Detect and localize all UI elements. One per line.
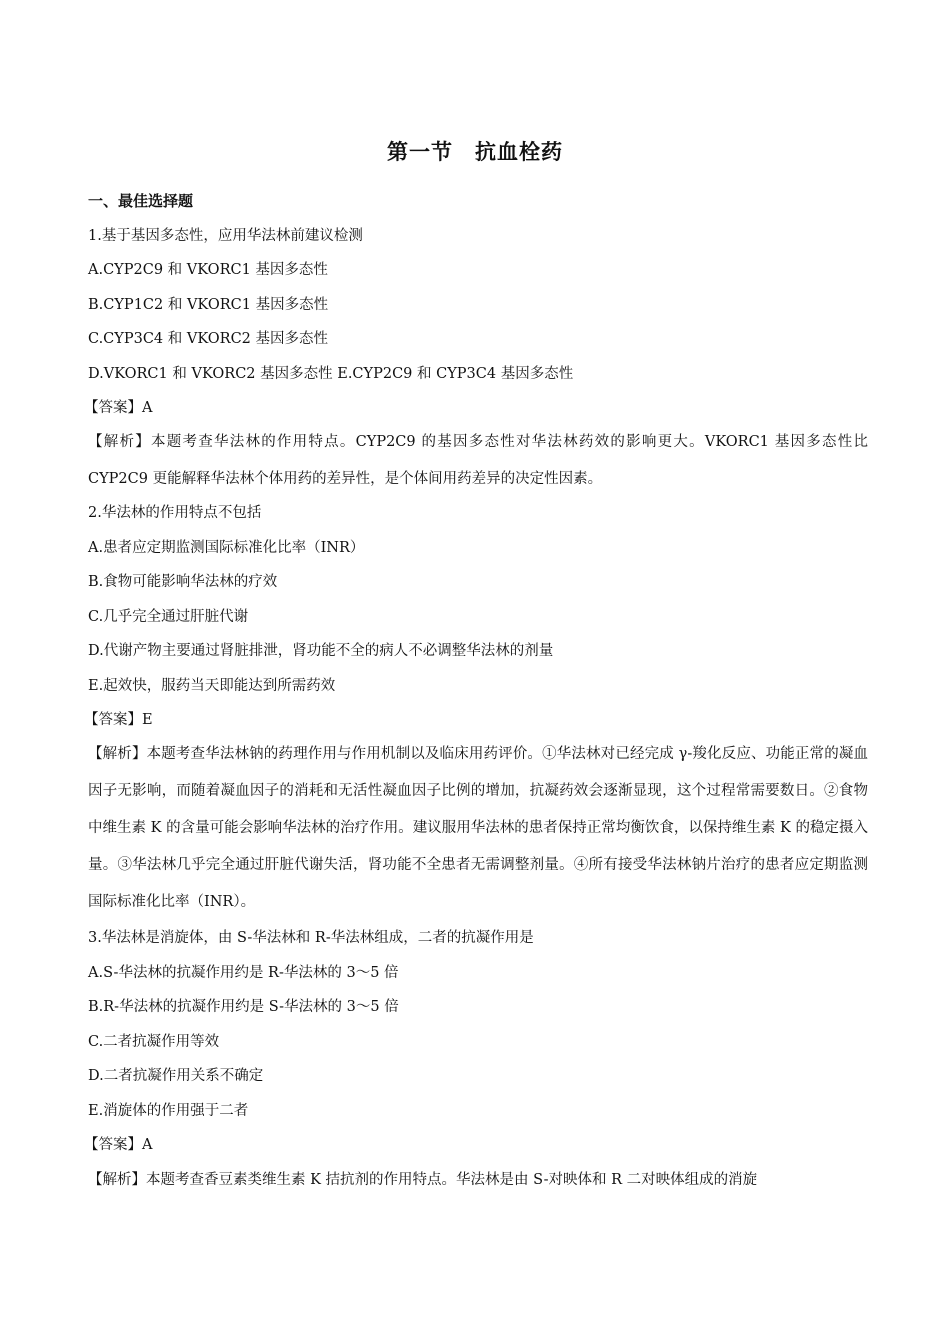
question-2-option-d: D.代谢产物主要通过肾脏排泄，肾功能不全的病人不必调整华法林的剂量	[88, 641, 553, 661]
question-3-option-d: D.二者抗凝作用关系不确定	[88, 1066, 263, 1086]
question-2-answer: 【答案】E	[84, 710, 153, 730]
question-3-option-c: C.二者抗凝作用等效	[88, 1032, 219, 1052]
document-page: 第一节 抗血栓药 一、最佳选择题 1.基于基因多态性，应用华法林前建议检测 A.…	[0, 0, 950, 1344]
question-1-option-b: B.CYP1C2 和 VKORC1 基因多态性	[88, 295, 328, 315]
question-1-answer: 【答案】A	[84, 398, 152, 418]
question-3-option-a: A.S-华法林的抗凝作用约是 R-华法林的 3～5 倍	[88, 963, 399, 983]
question-1-option-c: C.CYP3C4 和 VKORC2 基因多态性	[88, 329, 328, 349]
question-2-analysis: 【解析】本题考查华法林钠的药理作用与作用机制以及临床用药评价。①华法林对已经完成…	[88, 736, 868, 921]
question-3-answer: 【答案】A	[84, 1135, 152, 1155]
question-1-option-de: D.VKORC1 和 VKORC2 基因多态性 E.CYP2C9 和 CYP3C…	[88, 364, 573, 384]
question-2-option-c: C.几乎完全通过肝脏代谢	[88, 607, 248, 627]
question-1-option-a: A.CYP2C9 和 VKORC1 基因多态性	[88, 260, 328, 280]
question-2-option-a: A.患者应定期监测国际标准化比率（INR）	[88, 538, 364, 558]
question-3-option-e: E.消旋体的作用强于二者	[88, 1101, 248, 1121]
section-heading: 一、最佳选择题	[88, 190, 193, 211]
question-2-option-e: E.起效快，服药当天即能达到所需药效	[88, 676, 335, 696]
question-1-stem: 1.基于基因多态性，应用华法林前建议检测	[88, 226, 363, 246]
question-3-stem: 3.华法林是消旋体，由 S-华法林和 R-华法林组成，二者的抗凝作用是	[88, 928, 534, 948]
question-2-stem: 2.华法林的作用特点不包括	[88, 503, 261, 523]
question-3-analysis: 【解析】本题考查香豆素类维生素 K 拮抗剂的作用特点。华法林是由 S-对映体和 …	[88, 1170, 757, 1190]
question-3-option-b: B.R-华法林的抗凝作用约是 S-华法林的 3～5 倍	[88, 997, 399, 1017]
page-title: 第一节 抗血栓药	[0, 136, 950, 166]
question-1-analysis: 【解析】本题考查华法林的作用特点。CYP2C9 的基因多态性对华法林药效的影响更…	[88, 424, 868, 498]
question-2-option-b: B.食物可能影响华法林的疗效	[88, 572, 277, 592]
